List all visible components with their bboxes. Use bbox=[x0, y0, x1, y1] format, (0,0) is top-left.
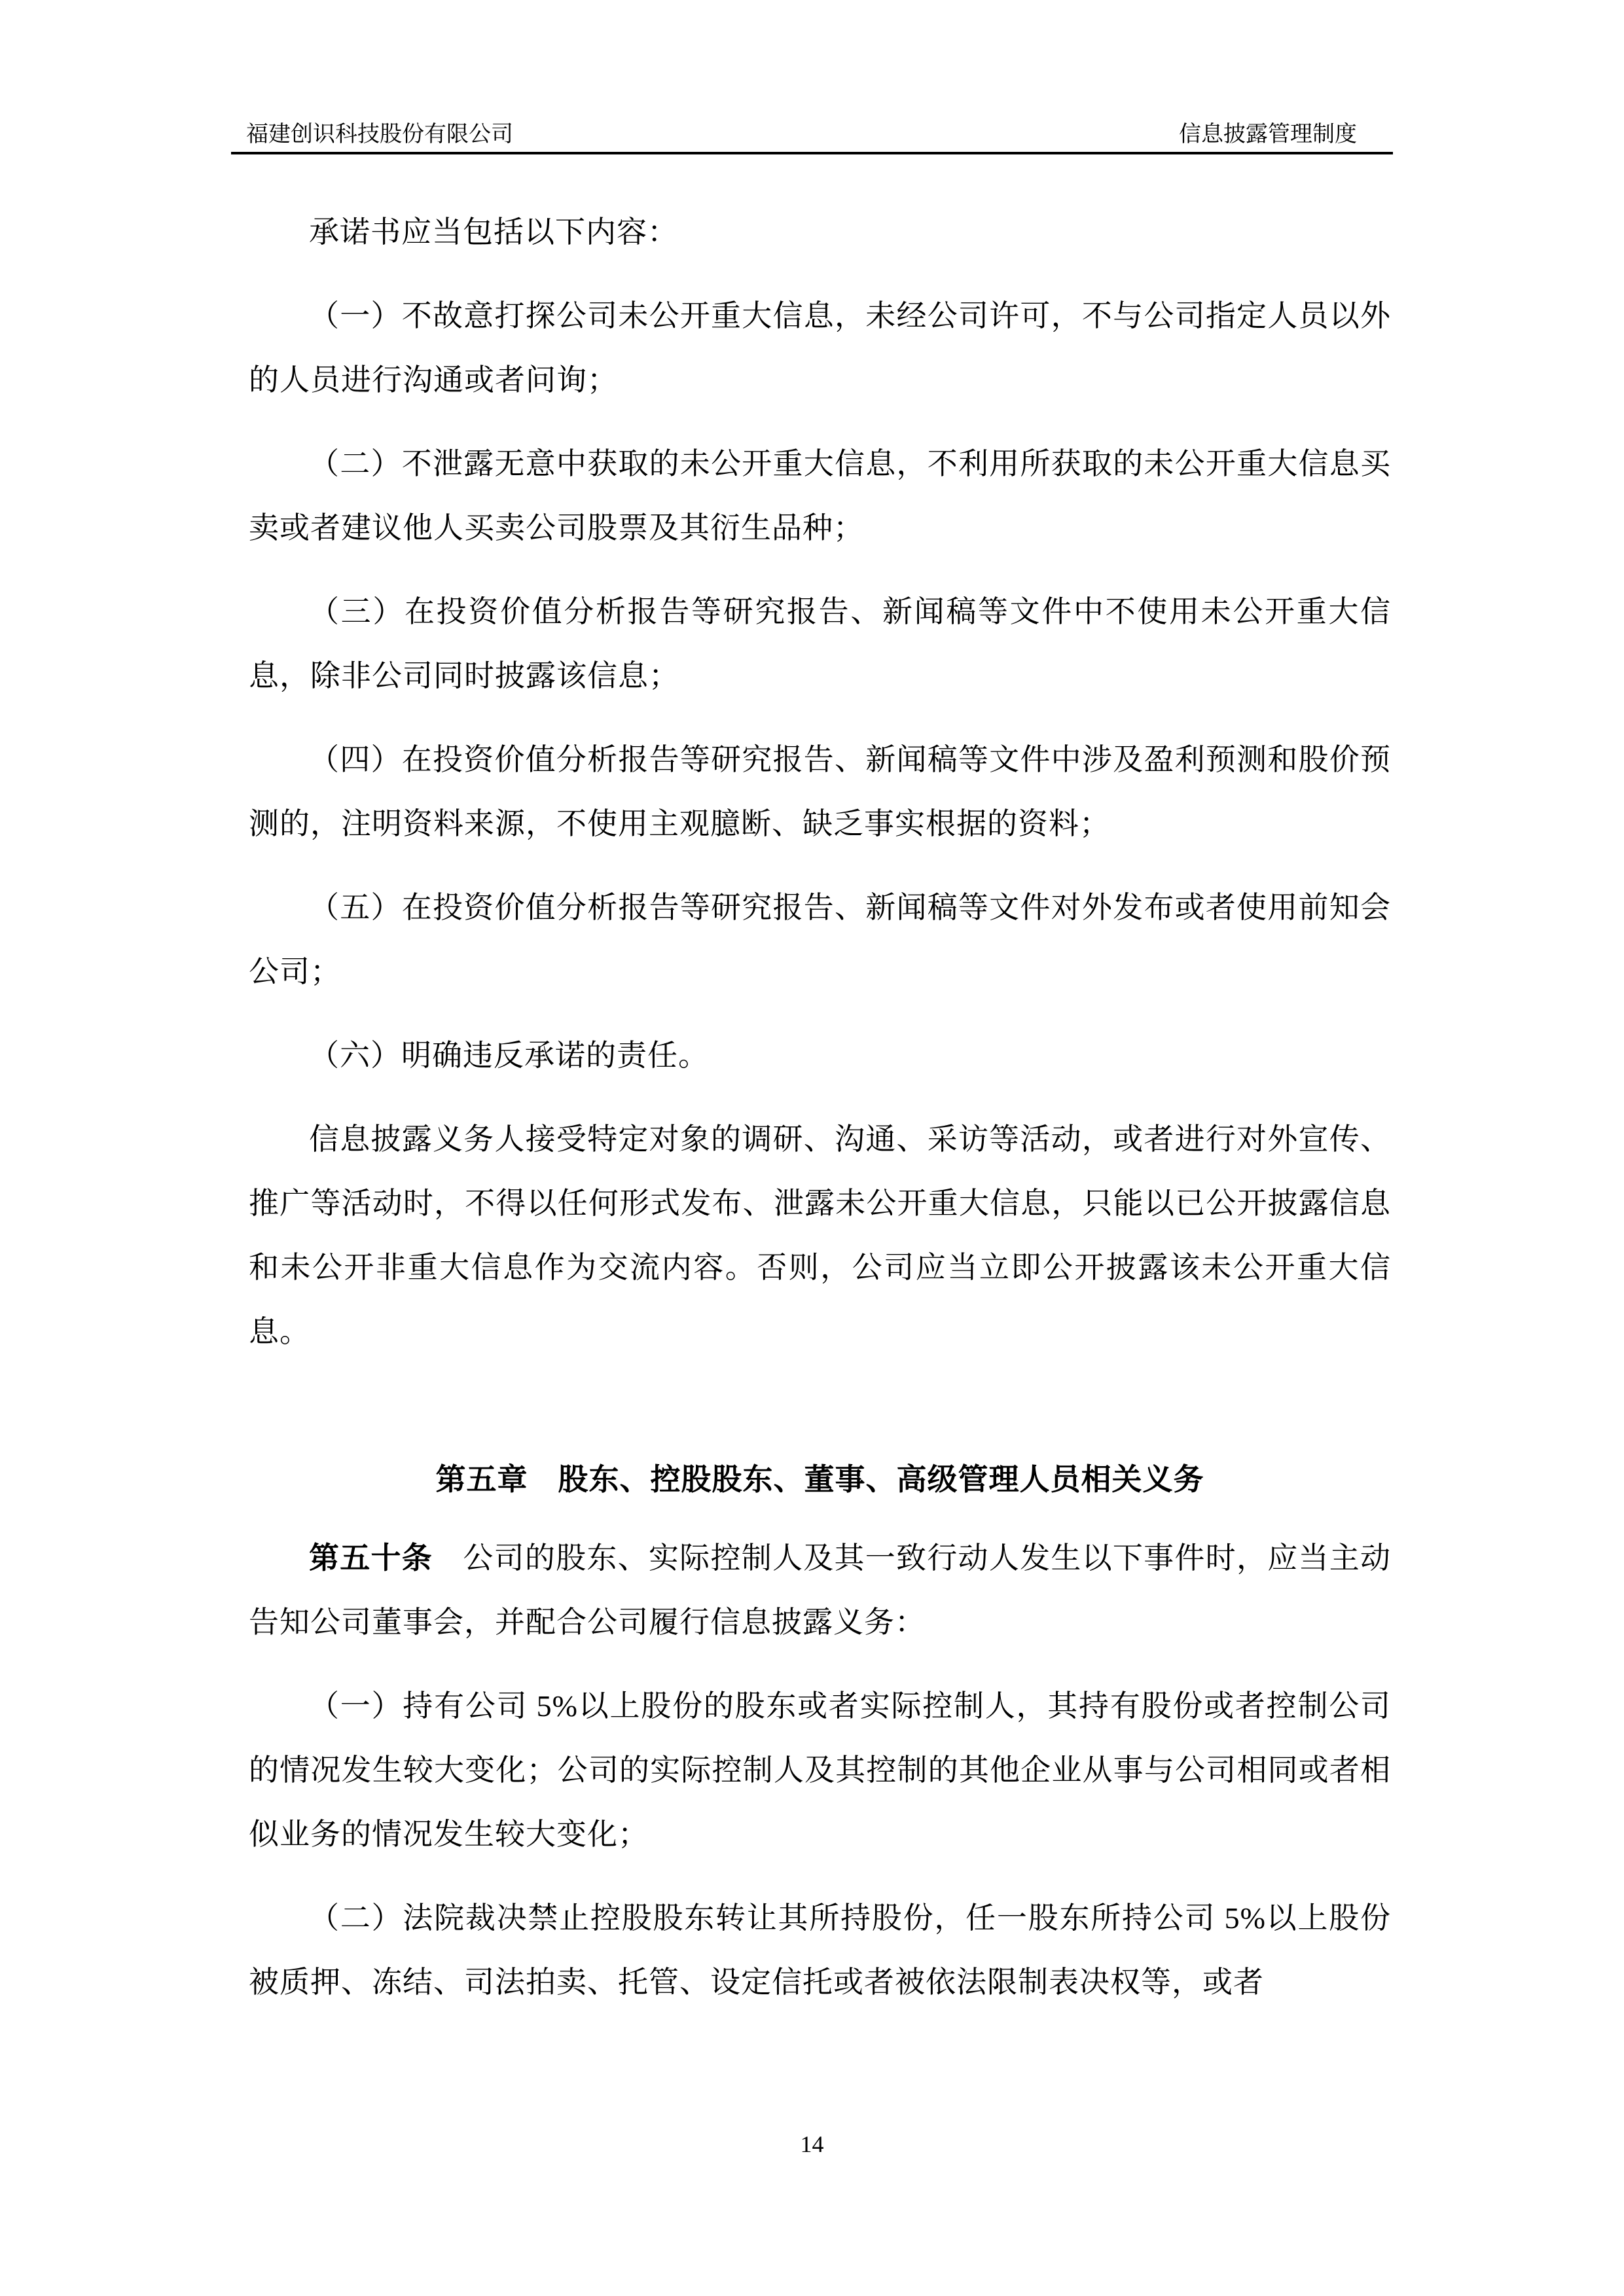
commitment-item-4: （四）在投资价值分析报告等研究报告、新闻稿等文件中涉及盈利预测和股价预测的，注明… bbox=[249, 728, 1391, 856]
page-number: 14 bbox=[0, 2131, 1624, 2157]
commitment-intro: 承诺书应当包括以下内容： bbox=[249, 200, 1391, 264]
article-label: 第五十条 bbox=[309, 1541, 433, 1575]
header-document-title: 信息披露管理制度 bbox=[1179, 120, 1357, 150]
header-rule bbox=[231, 152, 1393, 154]
page-header: 福建创识科技股份有限公司 信息披露管理制度 bbox=[246, 120, 1393, 150]
commitment-item-6: （六）明确违反承诺的责任。 bbox=[249, 1024, 1391, 1088]
commitment-item-2: （二）不泄露无意中获取的未公开重大信息，不利用所获取的未公开重大信息买卖或者建议… bbox=[249, 432, 1391, 560]
commitment-item-5: （五）在投资价值分析报告等研究报告、新闻稿等文件对外发布或者使用前知会公司； bbox=[249, 876, 1391, 1004]
article-item-2: （二）法院裁决禁止控股股东转让其所持股份，任一股东所持公司 5%以上股份被质押、… bbox=[249, 1886, 1391, 2015]
article-50: 第五十条公司的股东、实际控制人及其一致行动人发生以下事件时，应当主动告知公司董事… bbox=[249, 1526, 1391, 1655]
header-company-name: 福建创识科技股份有限公司 bbox=[246, 120, 513, 150]
chapter-number: 第五章 bbox=[436, 1463, 528, 1496]
document-body: 承诺书应当包括以下内容： （一）不故意打探公司未公开重大信息，未经公司许可，不与… bbox=[249, 200, 1391, 2034]
chapter-title: 股东、控股股东、董事、高级管理人员相关义务 bbox=[558, 1463, 1204, 1496]
closing-paragraph: 信息披露义务人接受特定对象的调研、沟通、采访等活动，或者进行对外宣传、推广等活动… bbox=[249, 1107, 1391, 1364]
article-item-1: （一）持有公司 5%以上股份的股东或者实际控制人，其持有股份或者控制公司的情况发… bbox=[249, 1674, 1391, 1867]
chapter-heading: 第五章股东、控股股东、董事、高级管理人员相关义务 bbox=[249, 1448, 1391, 1512]
commitment-item-3: （三）在投资价值分析报告等研究报告、新闻稿等文件中不使用未公开重大信息，除非公司… bbox=[249, 580, 1391, 708]
commitment-item-1: （一）不故意打探公司未公开重大信息，未经公司许可，不与公司指定人员以外的人员进行… bbox=[249, 284, 1391, 412]
